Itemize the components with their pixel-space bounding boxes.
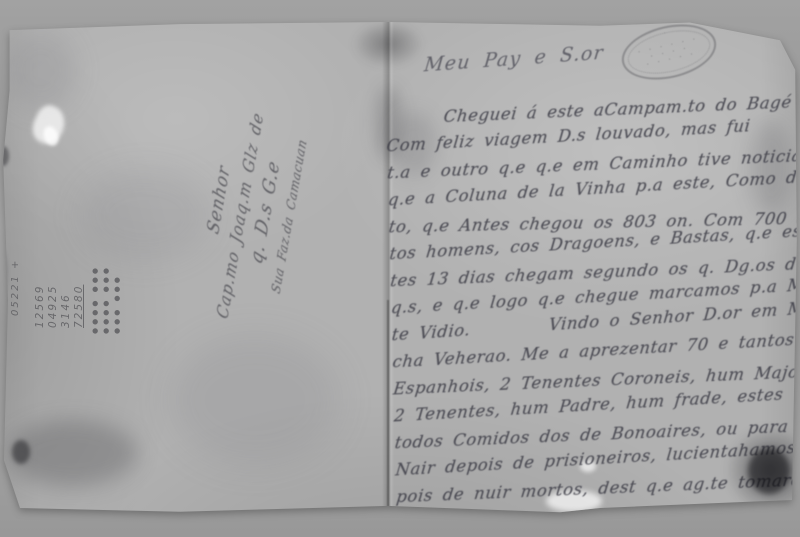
- ink-blot-core: [748, 448, 790, 494]
- fold-crease-line: [387, 300, 389, 508]
- photograph-of-manuscript-letter: 12569 04925 3146 72580 ●●●● ●●● ●●●● ●●●…: [0, 0, 800, 537]
- top-left-discoloration: [6, 30, 76, 110]
- dot-row: ●●●● ●●●: [101, 262, 112, 334]
- bottom-left-dark-chip: [12, 440, 30, 464]
- calc-line: 72580: [73, 224, 86, 328]
- left-edge-tear-mark: [0, 250, 6, 294]
- left-edge-tear-mark: [0, 298, 5, 322]
- paper-shadow-wrap: 12569 04925 3146 72580 ●●●● ●●● ●●●● ●●●…: [0, 0, 800, 537]
- stamp-text-row: · · · ·: [649, 44, 689, 60]
- dot-row: ●●● ●●●: [112, 262, 123, 334]
- stamp-text-row: · · · · ·: [645, 50, 696, 68]
- salutation: Meu Pay e S.or: [423, 38, 655, 76]
- calc-line: 3146: [60, 224, 73, 328]
- stamp-text-row: · · · · · ·: [637, 35, 699, 56]
- pencil-dot-tally: ●●●● ●●● ●●●● ●●● ●●● ●●●: [90, 262, 154, 334]
- calc-line: 12569: [34, 224, 47, 328]
- calc-line: 04925: [47, 224, 60, 328]
- address-block: Senhor Cap.mo Joaq.m Glz de q. D.s G.e S…: [186, 72, 324, 335]
- ink-bleedthrough-stain: [170, 335, 340, 465]
- letter-paper: 12569 04925 3146 72580 ●●●● ●●● ●●●● ●●●…: [0, 0, 800, 537]
- dot-row: ●●●● ●●●: [90, 262, 101, 334]
- oval-archive-stamp: · · · · · · · · · · · · · · ·: [616, 16, 721, 88]
- left-edge-tear-mark: [0, 146, 9, 166]
- edge-sum-figures: 05221 +: [10, 244, 34, 316]
